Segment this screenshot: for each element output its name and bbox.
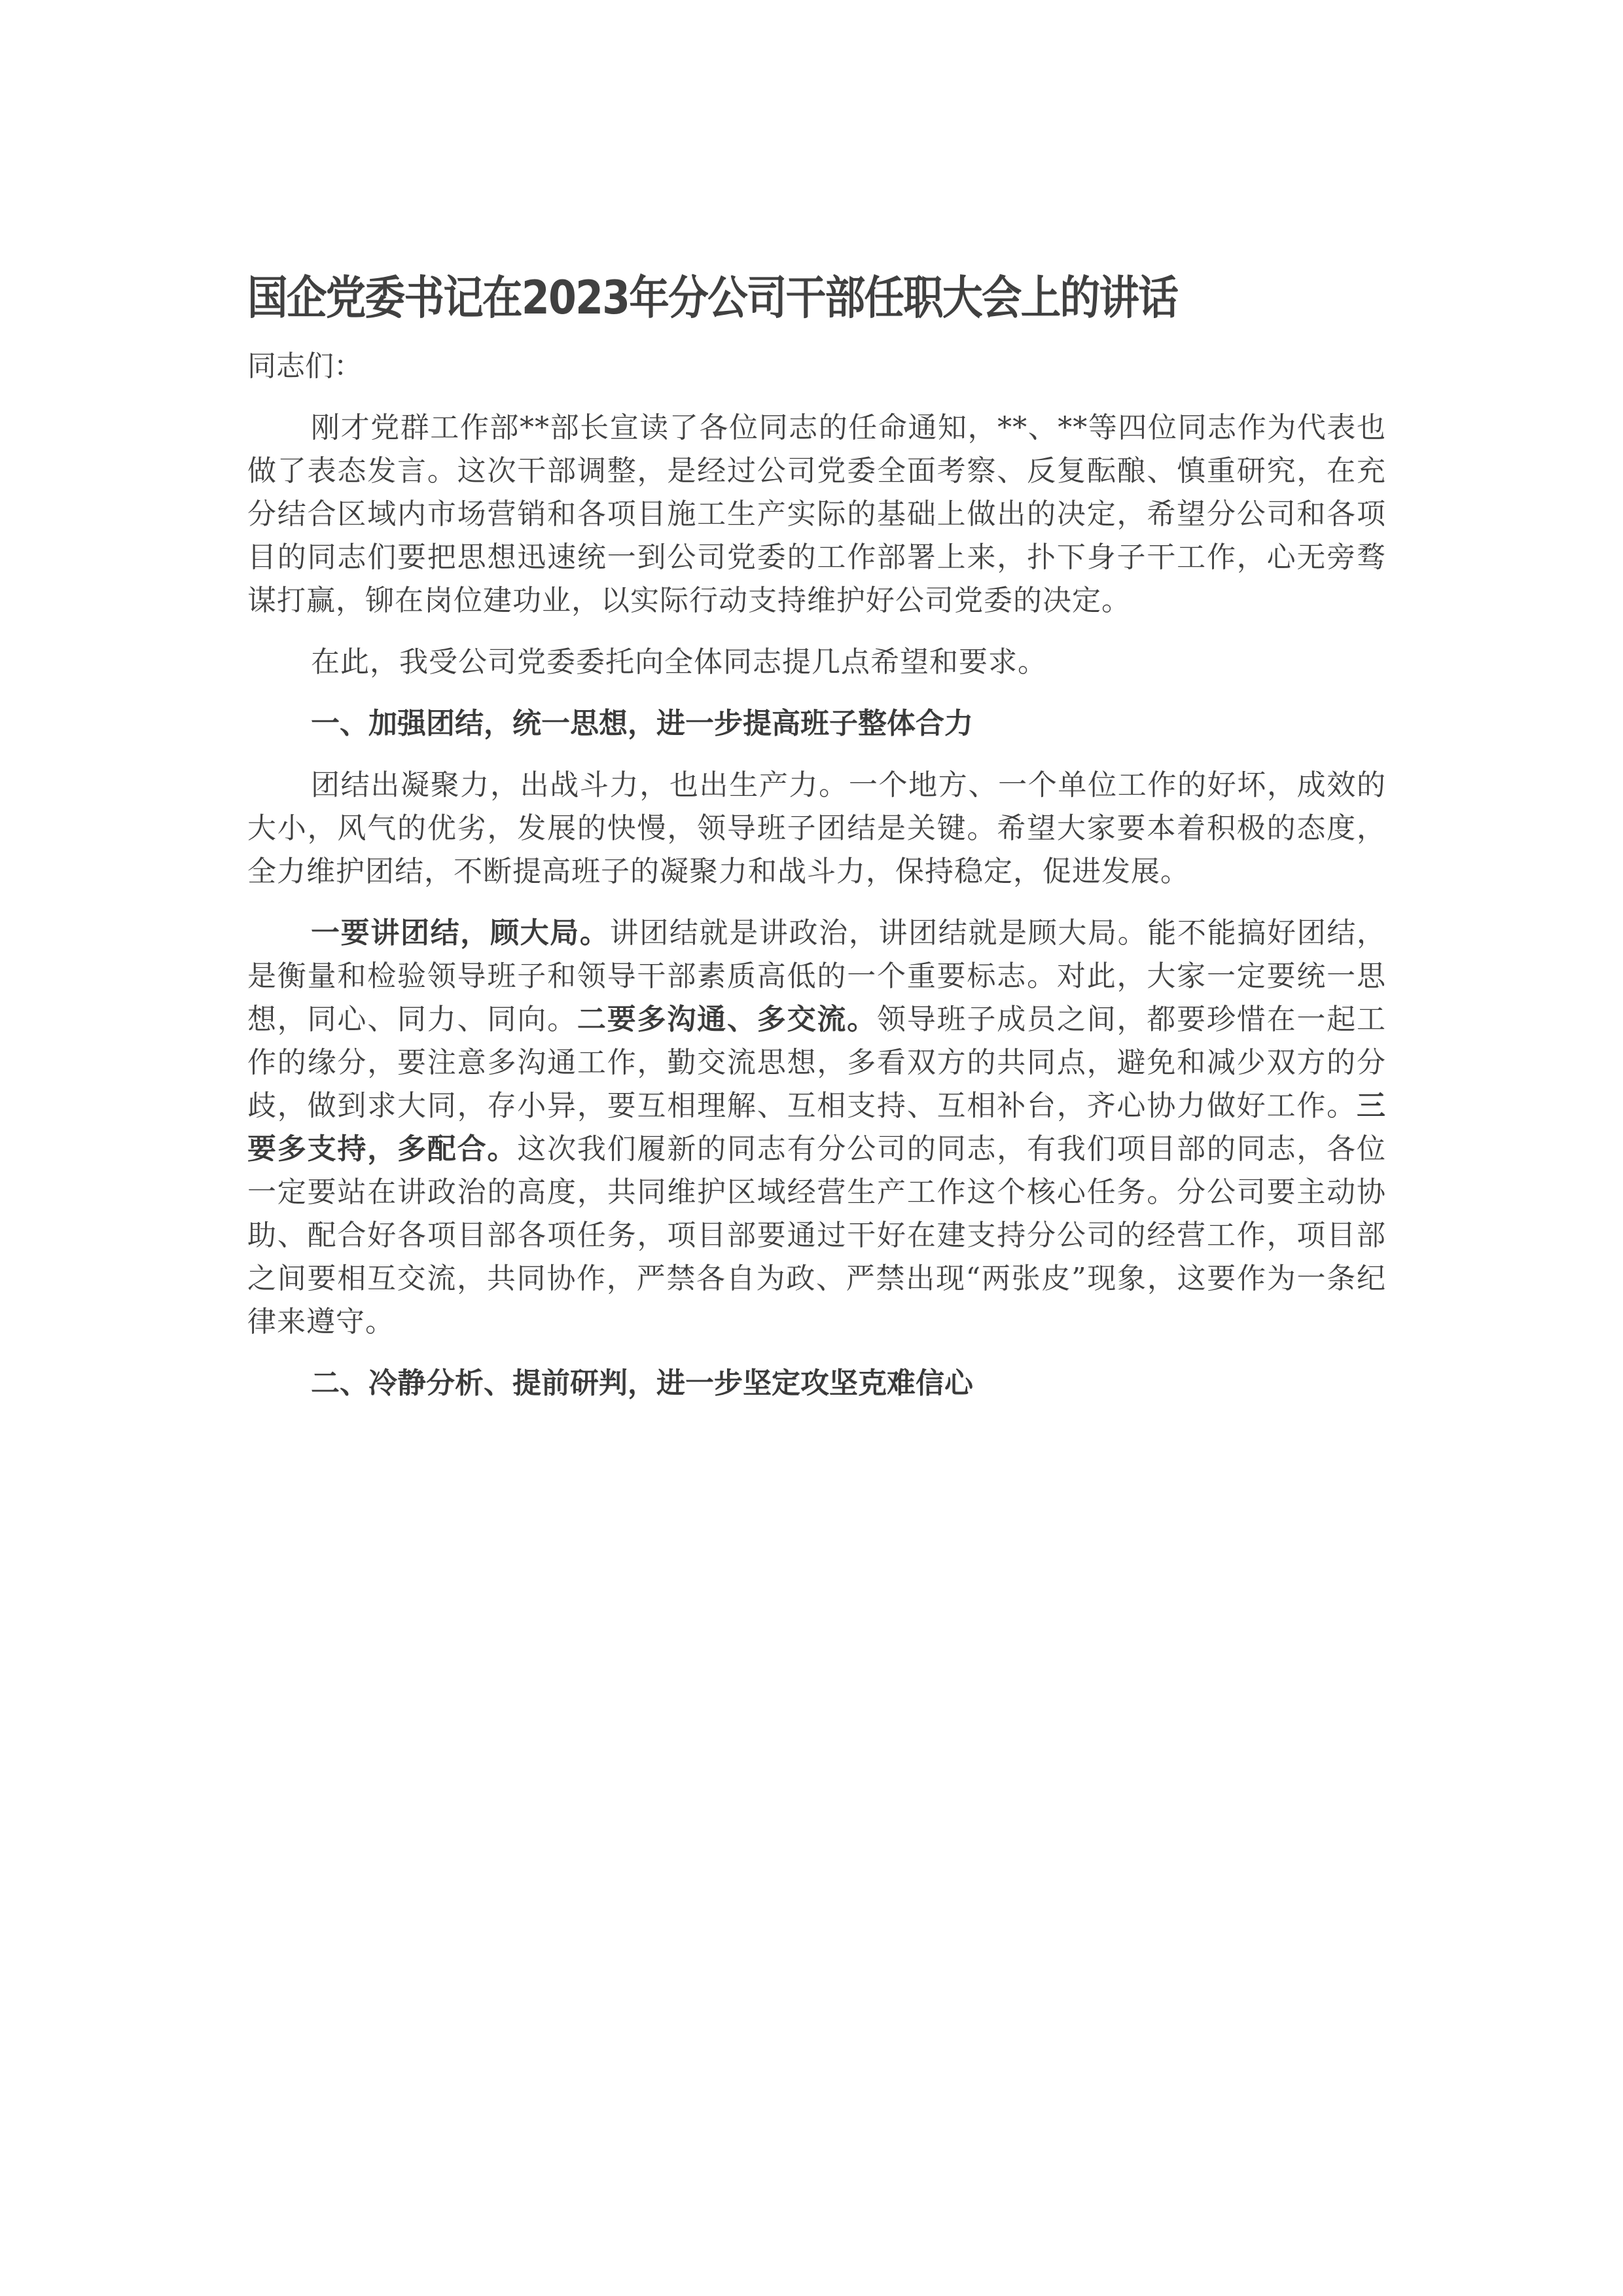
section-heading-1: 一、加强团结，统一思想，进一步提高班子整体合力 <box>247 702 1386 745</box>
document-title: 国企党委书记在2023年分公司干部任职大会上的讲话 <box>247 259 1387 337</box>
paragraph-unity: 团结出凝聚力，出战斗力，也出生产力。一个地方、一个单位工作的好坏，成效的大小，风… <box>247 764 1386 893</box>
requirement-1-heading: 一要讲团结，顾大局。 <box>311 916 610 950</box>
requirement-2-heading: 二要多沟通、多交流。 <box>577 1003 877 1036</box>
paragraph-requirements-intro: 在此，我受公司党委委托向全体同志提几点希望和要求。 <box>247 641 1386 684</box>
document-page: 国企党委书记在2023年分公司干部任职大会上的讲话 同志们： 刚才党群工作部**… <box>247 259 1386 1424</box>
section-heading-2: 二、冷静分析、提前研判，进一步坚定攻坚克难信心 <box>247 1362 1386 1405</box>
paragraph-three-requirements: 一要讲团结，顾大局。讲团结就是讲政治，讲团结就是顾大局。能不能搞好团结，是衡量和… <box>247 912 1386 1344</box>
paragraph-intro: 刚才党群工作部**部长宣读了各位同志的任命通知，**、**等四位同志作为代表也做… <box>247 406 1386 622</box>
salutation: 同志们： <box>247 345 1386 388</box>
